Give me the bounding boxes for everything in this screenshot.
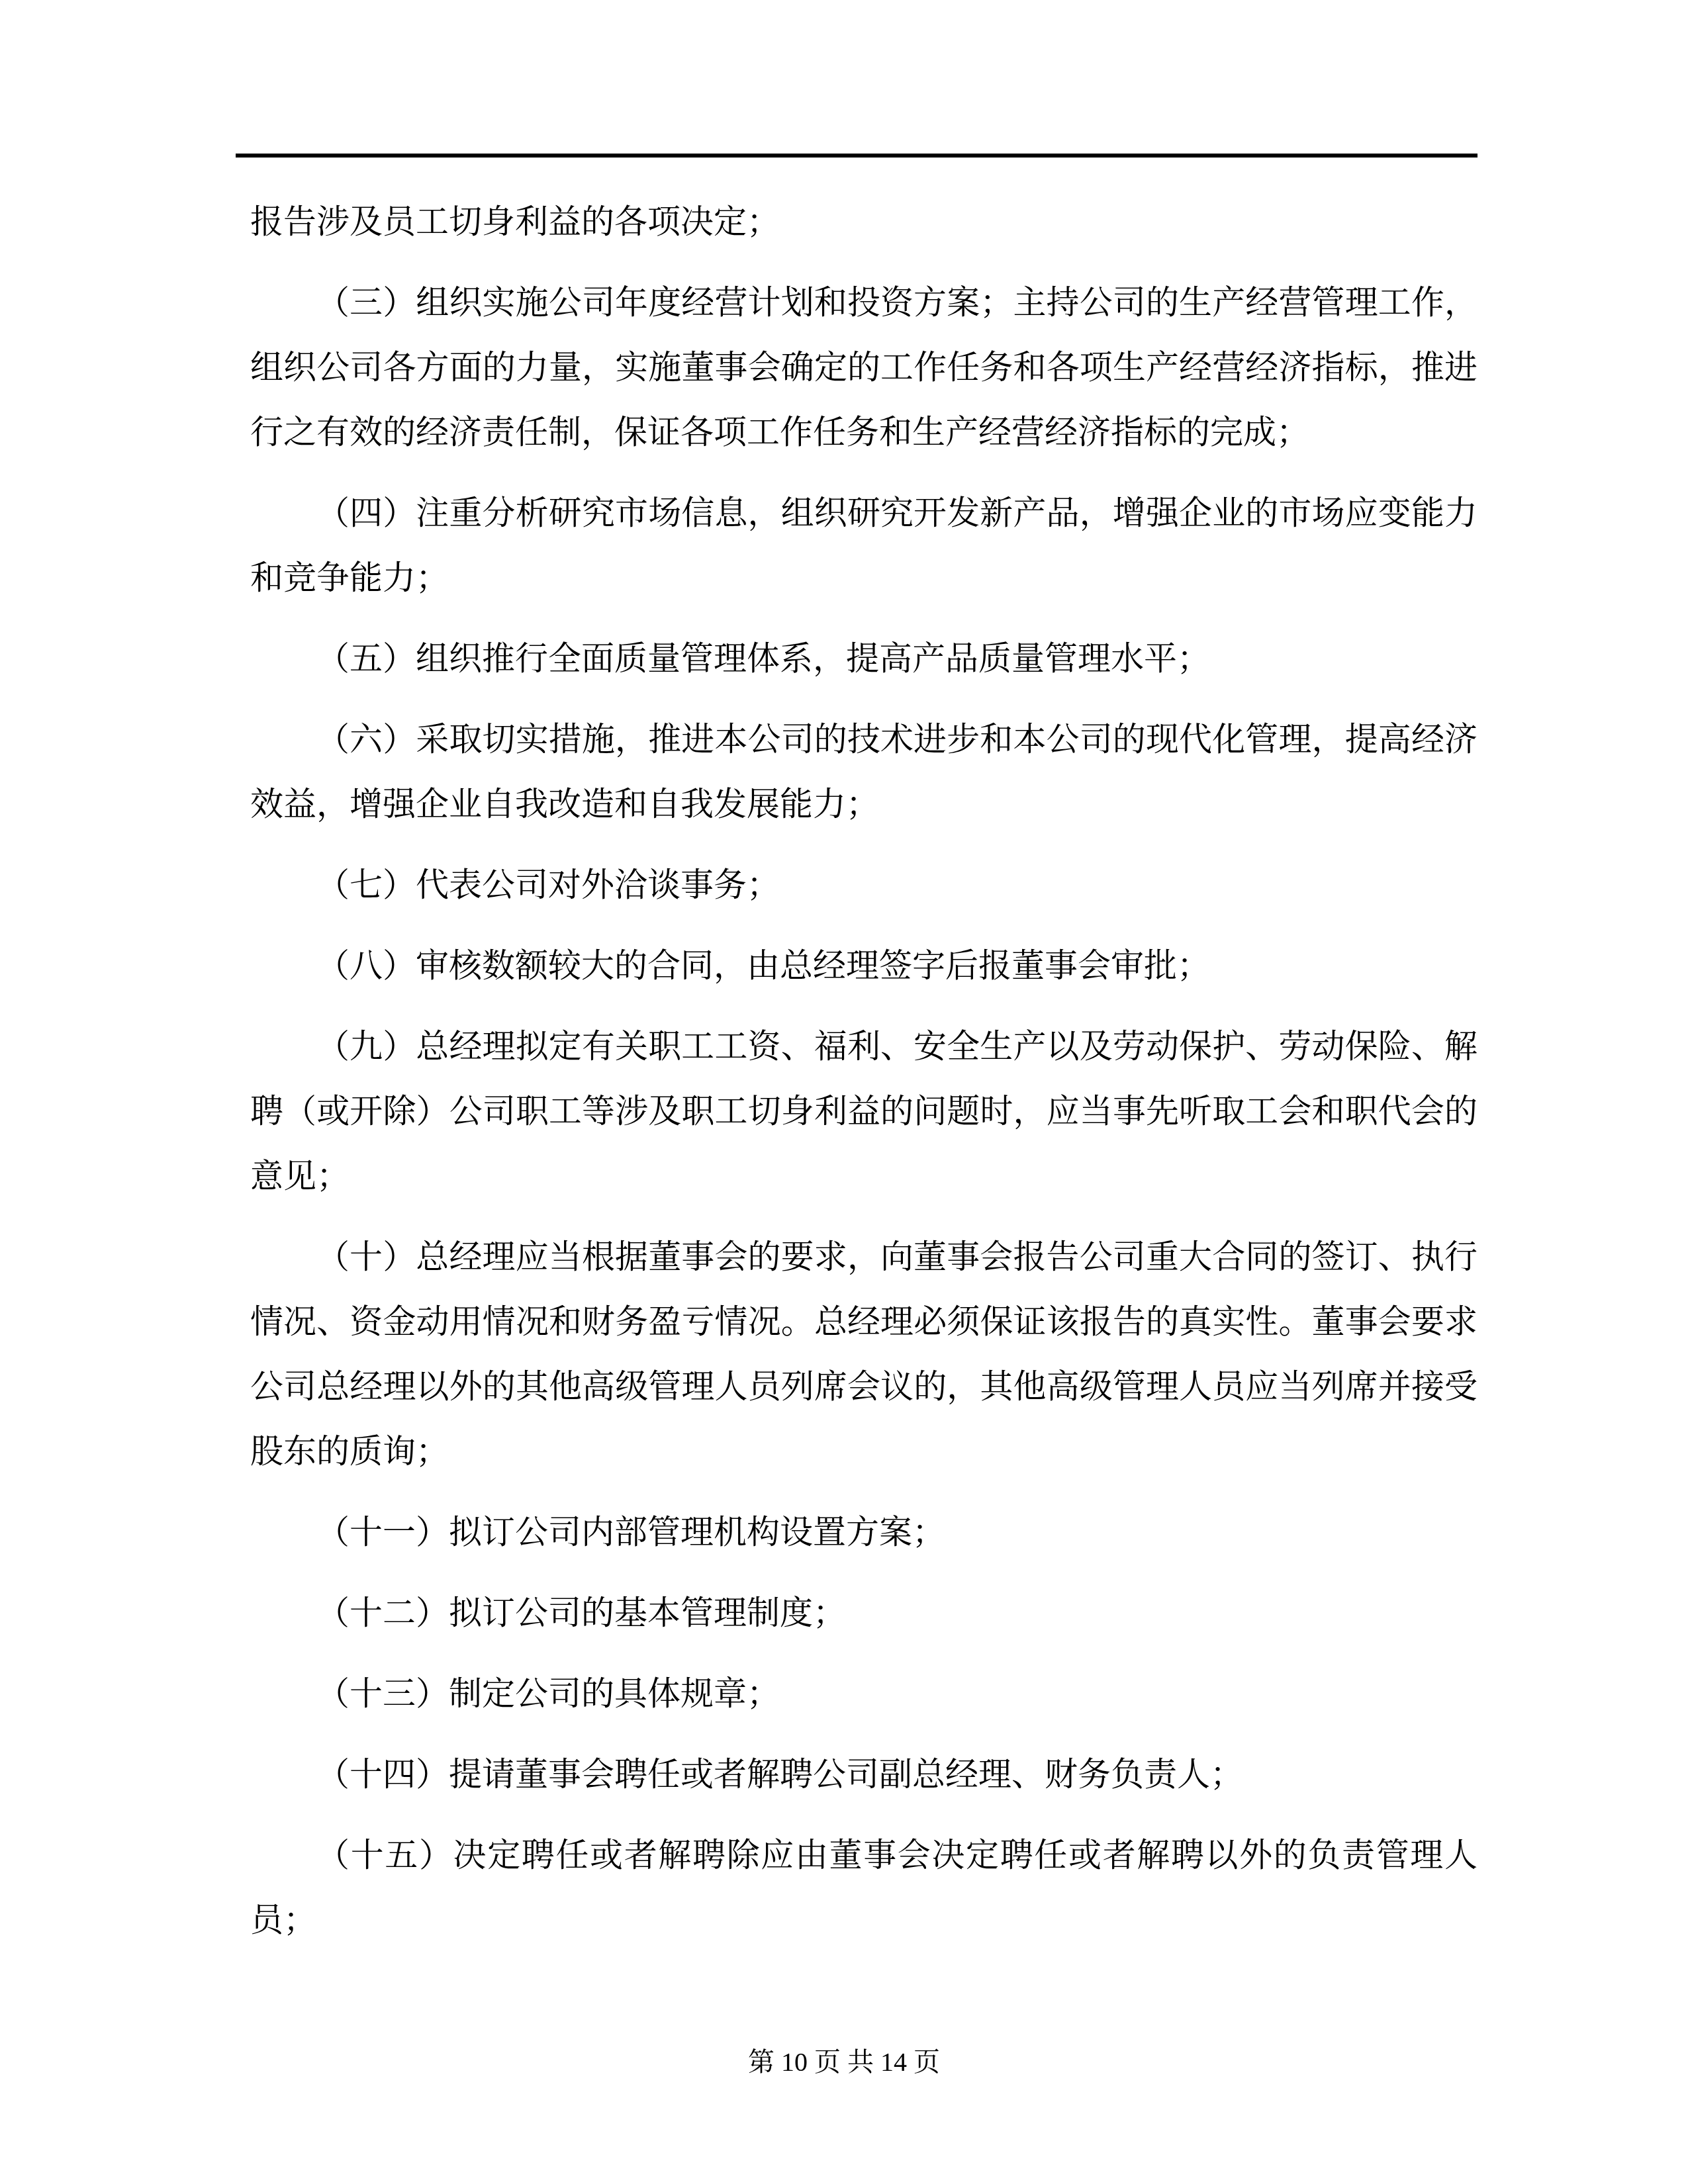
paragraph: （十）总经理应当根据董事会的要求，向董事会报告公司重大合同的签订、执行情况、资金…: [250, 1224, 1477, 1484]
paragraph: （十四）提请董事会聘任或者解聘公司副总经理、财务负责人；: [250, 1742, 1477, 1807]
paragraph: （三）组织实施公司年度经营计划和投资方案；主持公司的生产经营管理工作，组织公司各…: [250, 270, 1477, 465]
paragraph: 报告涉及员工切身利益的各项决定；: [250, 189, 1477, 254]
paragraph: （五）组织推行全面质量管理体系，提高产品质量管理水平；: [250, 626, 1477, 691]
paragraph: （七）代表公司对外洽谈事务；: [250, 852, 1477, 917]
document-body: 报告涉及员工切身利益的各项决定； （三）组织实施公司年度经营计划和投资方案；主持…: [250, 189, 1477, 1968]
paragraph: （十二）拟订公司的基本管理制度；: [250, 1580, 1477, 1645]
paragraph: （八）审核数额较大的合同，由总经理签字后报董事会审批；: [250, 933, 1477, 998]
paragraph: （四）注重分析研究市场信息，组织研究开发新产品，增强企业的市场应变能力和竞争能力…: [250, 480, 1477, 610]
paragraph: （九）总经理拟定有关职工工资、福利、安全生产以及劳动保护、劳动保险、解聘（或开除…: [250, 1014, 1477, 1208]
header-rule: [236, 154, 1477, 158]
document-page: 报告涉及员工切身利益的各项决定； （三）组织实施公司年度经营计划和投资方案；主持…: [0, 0, 1688, 2184]
paragraph: （六）采取切实措施，推进本公司的技术进步和本公司的现代化管理，提高经济效益，增强…: [250, 707, 1477, 837]
paragraph: （十一）拟订公司内部管理机构设置方案；: [250, 1500, 1477, 1565]
paragraph: （十三）制定公司的具体规章；: [250, 1661, 1477, 1726]
page-footer: 第 10 页 共 14 页: [0, 2046, 1688, 2078]
paragraph: （十五）决定聘任或者解聘除应由董事会决定聘任或者解聘以外的负责管理人员；: [250, 1823, 1477, 1952]
page: { "document": { "colors": { "page_backgr…: [0, 0, 1688, 2184]
